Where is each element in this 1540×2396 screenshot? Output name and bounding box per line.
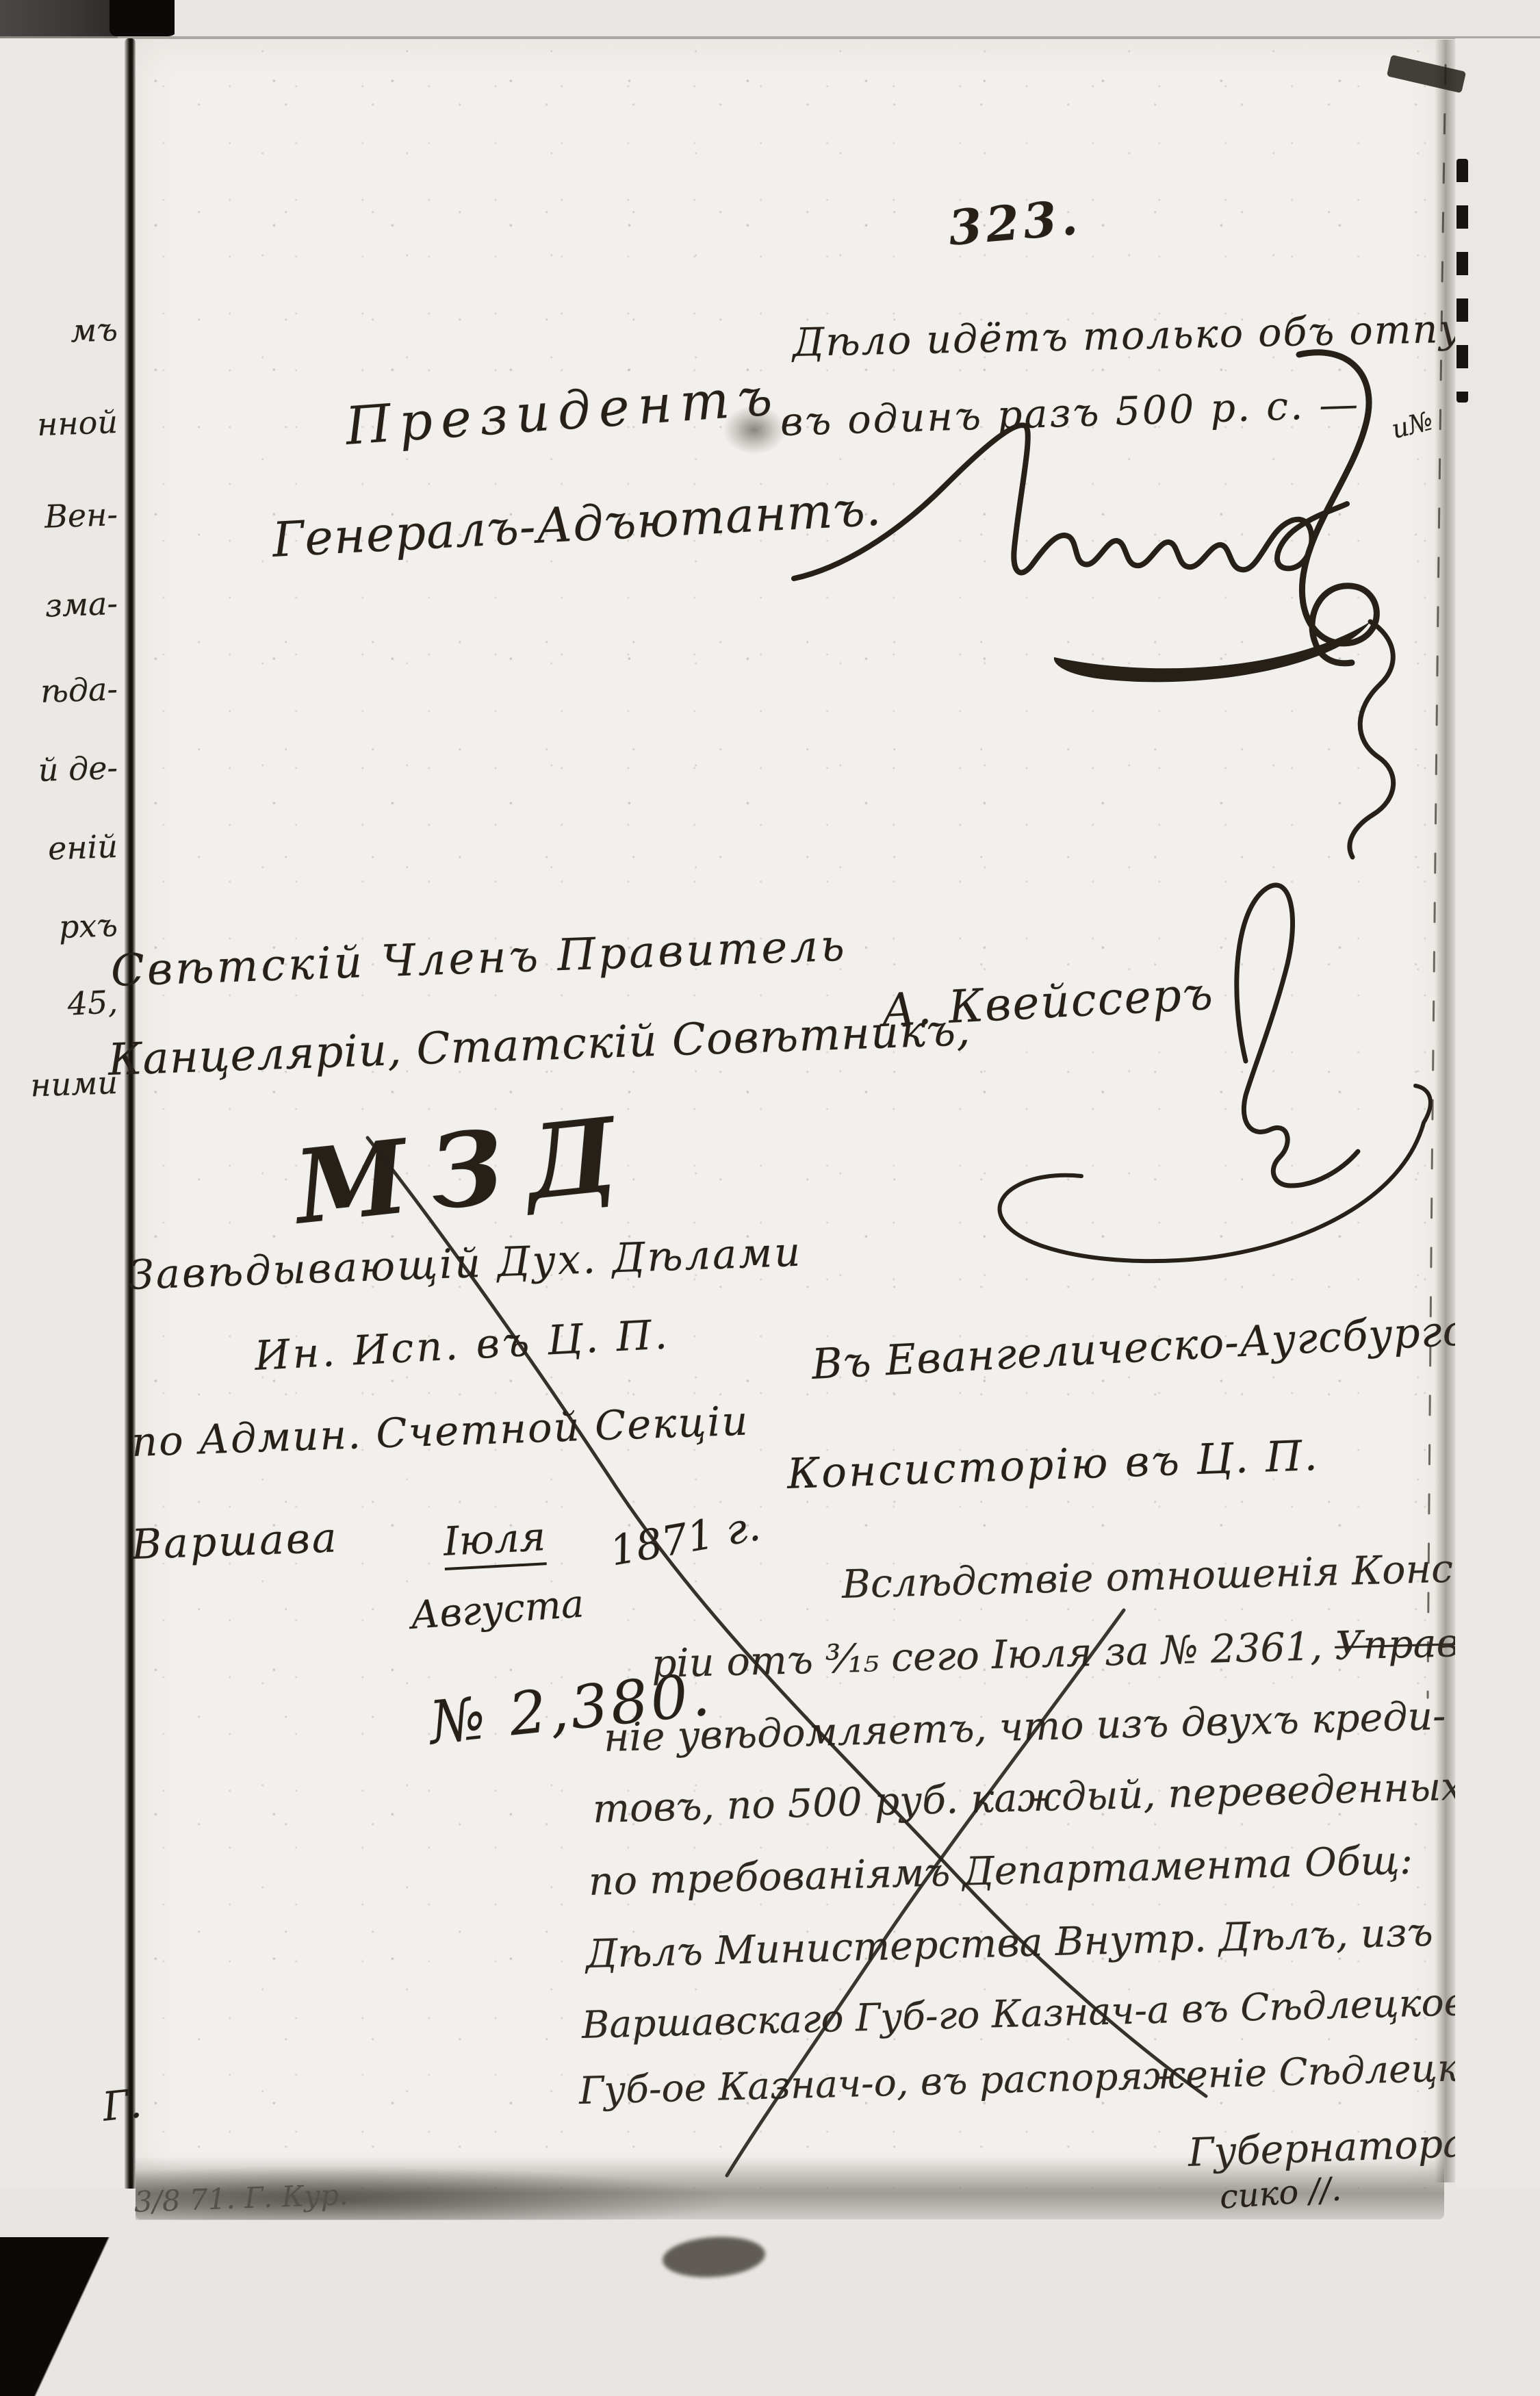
left-fragment: й де- bbox=[0, 749, 118, 790]
page-top-margin-strip bbox=[175, 0, 1540, 38]
left-fragment: ѣда- bbox=[0, 670, 118, 711]
left-fragment: нной bbox=[0, 403, 118, 444]
left-fragment: еній bbox=[0, 828, 118, 869]
binding-ink-dashes bbox=[1456, 159, 1468, 403]
ink-blot bbox=[723, 405, 786, 455]
binding-shadow-blob bbox=[110, 0, 178, 36]
folio-number: 323. bbox=[946, 188, 1083, 257]
letterhead-place: Варшава bbox=[131, 1514, 339, 1569]
bottom-left-black-corner bbox=[0, 2237, 133, 2396]
left-fragment: мъ bbox=[0, 311, 118, 352]
president-signature bbox=[773, 342, 1430, 890]
left-fragment: ними bbox=[0, 1064, 118, 1105]
left-fragment: зма- bbox=[0, 585, 118, 626]
archival-document-scan: мъ нной Вен- зма- ѣда- й де- еній рхъ 45… bbox=[0, 0, 1540, 2396]
right-fold-shadow bbox=[1435, 40, 1455, 2182]
left-fragment: 45, bbox=[0, 983, 118, 1026]
gutter-fold-line bbox=[125, 38, 136, 2304]
left-fragment: рхъ bbox=[0, 906, 118, 947]
letterhead-month-old-style: Іюля bbox=[442, 1513, 547, 1570]
left-fragment: Вен- bbox=[0, 496, 118, 537]
scanner-bed-band bbox=[0, 0, 118, 38]
member-signature-bowl bbox=[979, 1082, 1444, 1273]
clerk-initial-mark: Г. bbox=[100, 2080, 144, 2130]
previous-page-strip: мъ нной Вен- зма- ѣда- й де- еній рхъ 45… bbox=[0, 38, 127, 2396]
